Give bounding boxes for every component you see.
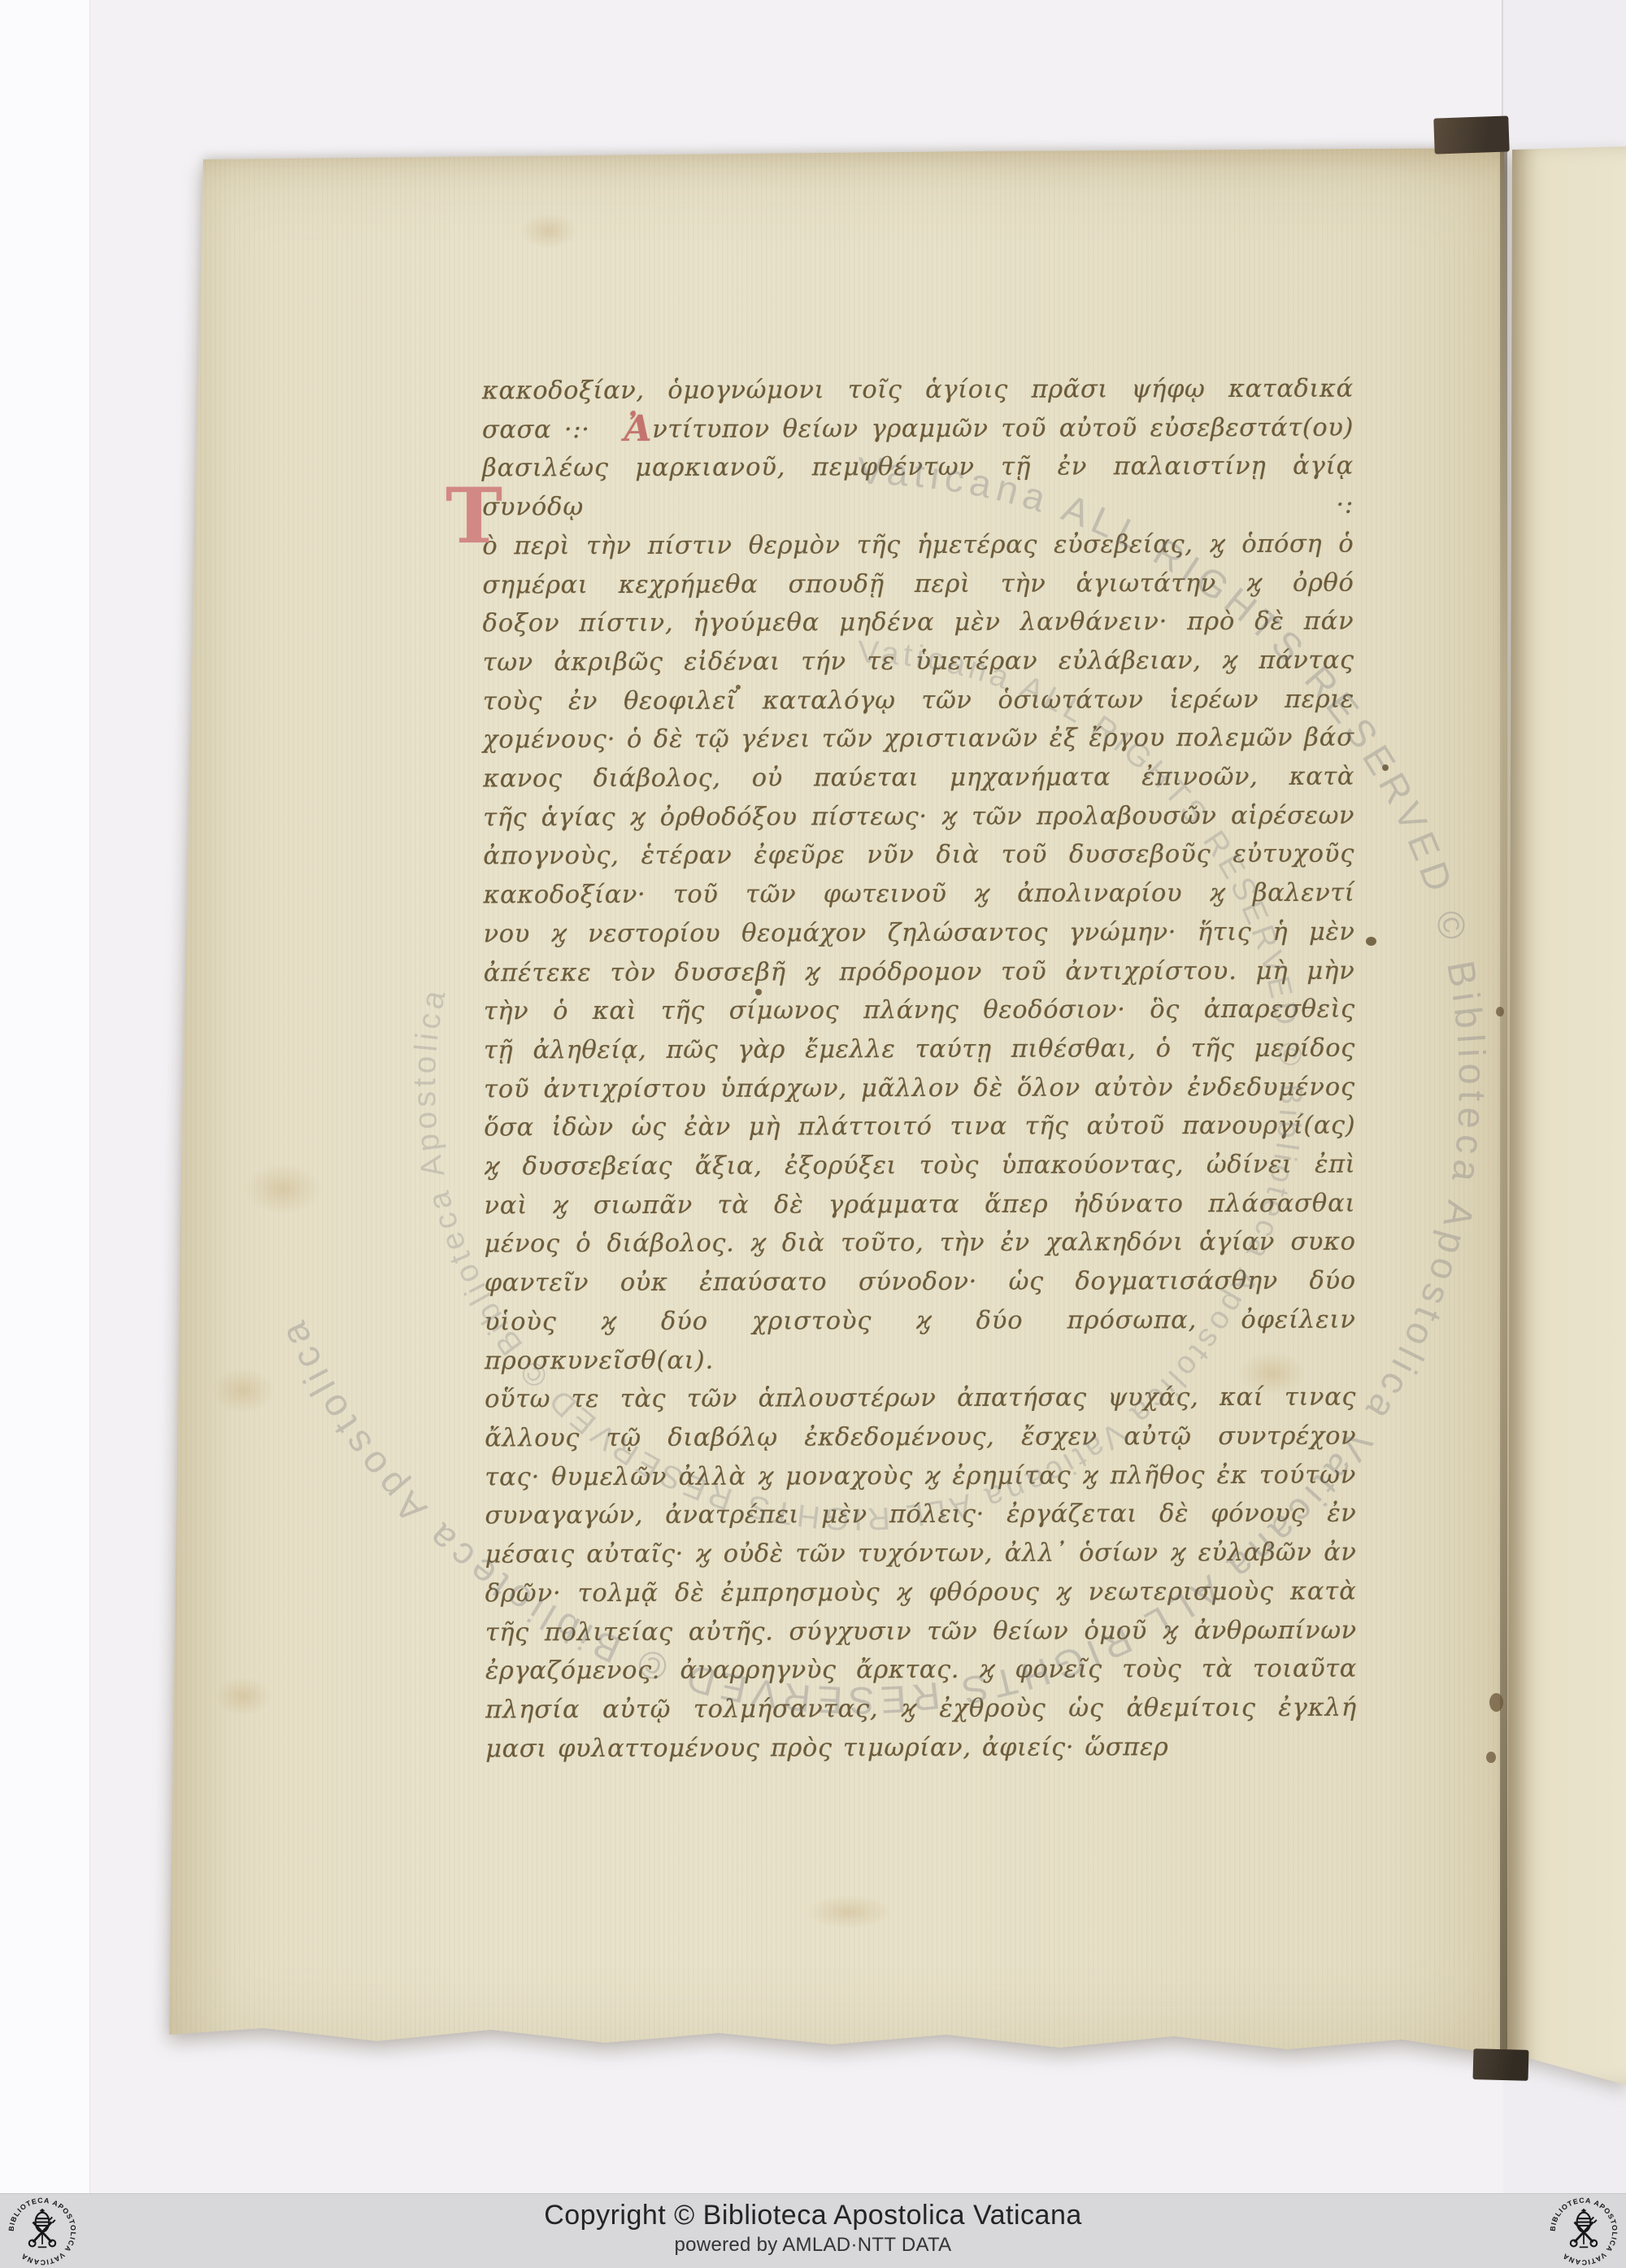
sewing-speck	[1489, 1693, 1503, 1712]
manuscript-line: νου ϗ νεστορίου θεομάχον ζηλώσαντος γνώμ…	[484, 912, 1355, 954]
manuscript-line: συναγαγών, ἀνατρέπει μὲν πόλεις· ἐργάζετ…	[485, 1495, 1356, 1536]
manuscript-line: ἄλλους τῷ διαβόλῳ ἐκδεδομένους, ἔσχεν αὐ…	[485, 1417, 1356, 1459]
manuscript-line: τας· θυμελῶν ἀλλὰ ϗ μοναχοὺς ϗ ἐρημίτας …	[485, 1456, 1356, 1497]
binding-tab-top	[1433, 115, 1509, 154]
manuscript-line: των ἀκριβῶς εἰδέναι τήν τε ὑμετέραν εὐλά…	[483, 642, 1354, 683]
manuscript-line: ἀπέτεκε τὸν δυσσεβῆ ϗ πρόδρομον τοῦ ἀντι…	[484, 951, 1355, 993]
manuscript-line: δρῶν· τολμᾷ δὲ ἐμπρησμοὺς ϗ φθόρους ϗ νε…	[485, 1572, 1357, 1613]
manuscript-line: τοῦ ἀντιχρίστου ὑπάρχων, μᾶλλον δὲ ὅλον …	[484, 1068, 1355, 1109]
manuscript-line: τὴν ὁ καὶ τῆς σίμωνος πλάνης θεοδόσιον· …	[484, 990, 1355, 1032]
copyright-text: Copyright © Biblioteca Apostolica Vatica…	[0, 2200, 1626, 2231]
manuscript-line: ἀπογνοὺς, ἑτέραν ἐφεῦρε νῦν διὰ τοῦ δυσσ…	[483, 835, 1354, 877]
manuscript-line: κακοδοξίαν, ὁμογνώμονι τοῖς ἁγίοις πρᾶσι…	[482, 370, 1354, 411]
sewing-speck	[1486, 1752, 1496, 1763]
scan-viewer: κακοδοξίαν, ὁμογνώμονι τοῖς ἁγίοις πρᾶσι…	[0, 0, 1626, 2268]
manuscript-line: πλησία αὐτῷ τολμήσαντας, ϗ ἐχθροὺς ὡς ἀθ…	[485, 1689, 1357, 1730]
manuscript-line: χομένους· ὁ δὲ τῷ γένει τῶν χριστιανῶν ἐ…	[483, 719, 1354, 760]
manuscript-line: οὕτω τε τὰς τῶν ἁπλουστέρων ἀπατήσας ψυχ…	[485, 1378, 1356, 1420]
manuscript-line: τοὺς ἐν θεοφιλεῖ καταλόγῳ τῶν ὁσιωτάτων …	[483, 680, 1354, 721]
manuscript-line: δοξον πίστιν, ἡγούμεθα μηδένα μὲν λανθάν…	[483, 603, 1354, 644]
papal-keys-tiara-icon	[1571, 2209, 1597, 2247]
manuscript-line: κανος διάβολος, οὐ παύεται μηχανήματα ἐπ…	[483, 758, 1354, 799]
manuscript-line: ὅσα ἰδὼν ὡς ἐὰν μὴ πλάττοιτό τινα τῆς αὐ…	[484, 1107, 1355, 1148]
vatican-library-logo-right: BIBLIOTECA APOSTOLICA VATICANA	[1548, 2196, 1619, 2267]
facing-page-edge	[1507, 146, 1626, 2085]
sewing-speck	[1496, 1007, 1504, 1016]
manuscript-line: σημέραι κεχρήμεθα σπουδῇ περὶ τὴν ἁγιωτά…	[482, 564, 1354, 605]
binding-tab-bottom	[1473, 2048, 1529, 2081]
footer-text: Copyright © Biblioteca Apostolica Vatica…	[0, 2194, 1626, 2257]
manuscript-line: ναὶ ϗ σιωπᾶν τὰ δὲ γράμματα ἅπερ ἠδύνατο…	[484, 1184, 1355, 1225]
manuscript-line: μένος ὁ διάβολος. ϗ διὰ τοῦτο, τὴν ἐν χα…	[485, 1223, 1356, 1265]
rubric-initial-tau: Τ	[446, 478, 502, 555]
manuscript-line: μέσαις αὐταῖς· ϗ οὐδὲ τῶν τυχόντων, ἀλλ᾽…	[485, 1534, 1357, 1575]
manuscript-line: τῆς ἁγίας ϗ ὀρθοδόξου πίστεως· ϗ τῶν προ…	[483, 796, 1354, 838]
manuscript-line: τῆς πολιτείας αὐτῆς. σύγχυσιν τῶν θείων …	[485, 1611, 1357, 1652]
powered-by-text: powered by AMLAD·NTT DATA	[0, 2234, 1626, 2257]
manuscript-line: ἐργαζόμενος. ἀναρρηγνὺς ἄρκτας. ϗ φονεῖς…	[485, 1650, 1357, 1691]
gutter-crease	[1500, 148, 1507, 2061]
manuscript-line: μασι φυλαττομένους πρὸς τιμωρίαν, ἀφιείς…	[485, 1727, 1357, 1769]
manuscript-line: σασα ·:·Ἀντίτυπον θείων γραμμῶν τοῦ αὐτο…	[482, 408, 1354, 450]
manuscript-line: ϗ δυσσεβείας ἄξια, ἐξορύξει τοὺς ὑπακούο…	[484, 1146, 1355, 1187]
manuscript-line: ὸ περὶ τὴν πίστιν θερμὸν τῆς ἡμετέρας εὐ…	[482, 525, 1354, 566]
text-block: κακοδοξίαν, ὁμογνώμονι τοῖς ἁγίοις πρᾶσι…	[482, 370, 1357, 1769]
manuscript-line: φαντεῖν οὐκ ἐπαύσατο σύνοδον· ὡς δογματι…	[485, 1262, 1356, 1304]
manuscript-line: τῇ ἀληθείᾳ, πῶς γὰρ ἔμελλε ταύτῃ πιθέσθα…	[484, 1030, 1355, 1071]
copyright-bar: BIBLIOTECA APOSTOLICA VATICANA Copyright…	[0, 2193, 1626, 2268]
rubric-initial: Ἀ	[624, 408, 652, 450]
manuscript-line: υἱοὺς ϗ δύο χριστοὺς ϗ δύο πρόσωπα, ὀφεί…	[485, 1300, 1356, 1380]
manuscript-line: βασιλέως μαρκιανοῦ, πεμφθέντων τῇ ἐν παλ…	[482, 447, 1354, 527]
manuscript-line: κακοδοξίαν· τοῦ τῶν φωτεινοῦ ϗ ἀπολιναρί…	[483, 874, 1354, 916]
